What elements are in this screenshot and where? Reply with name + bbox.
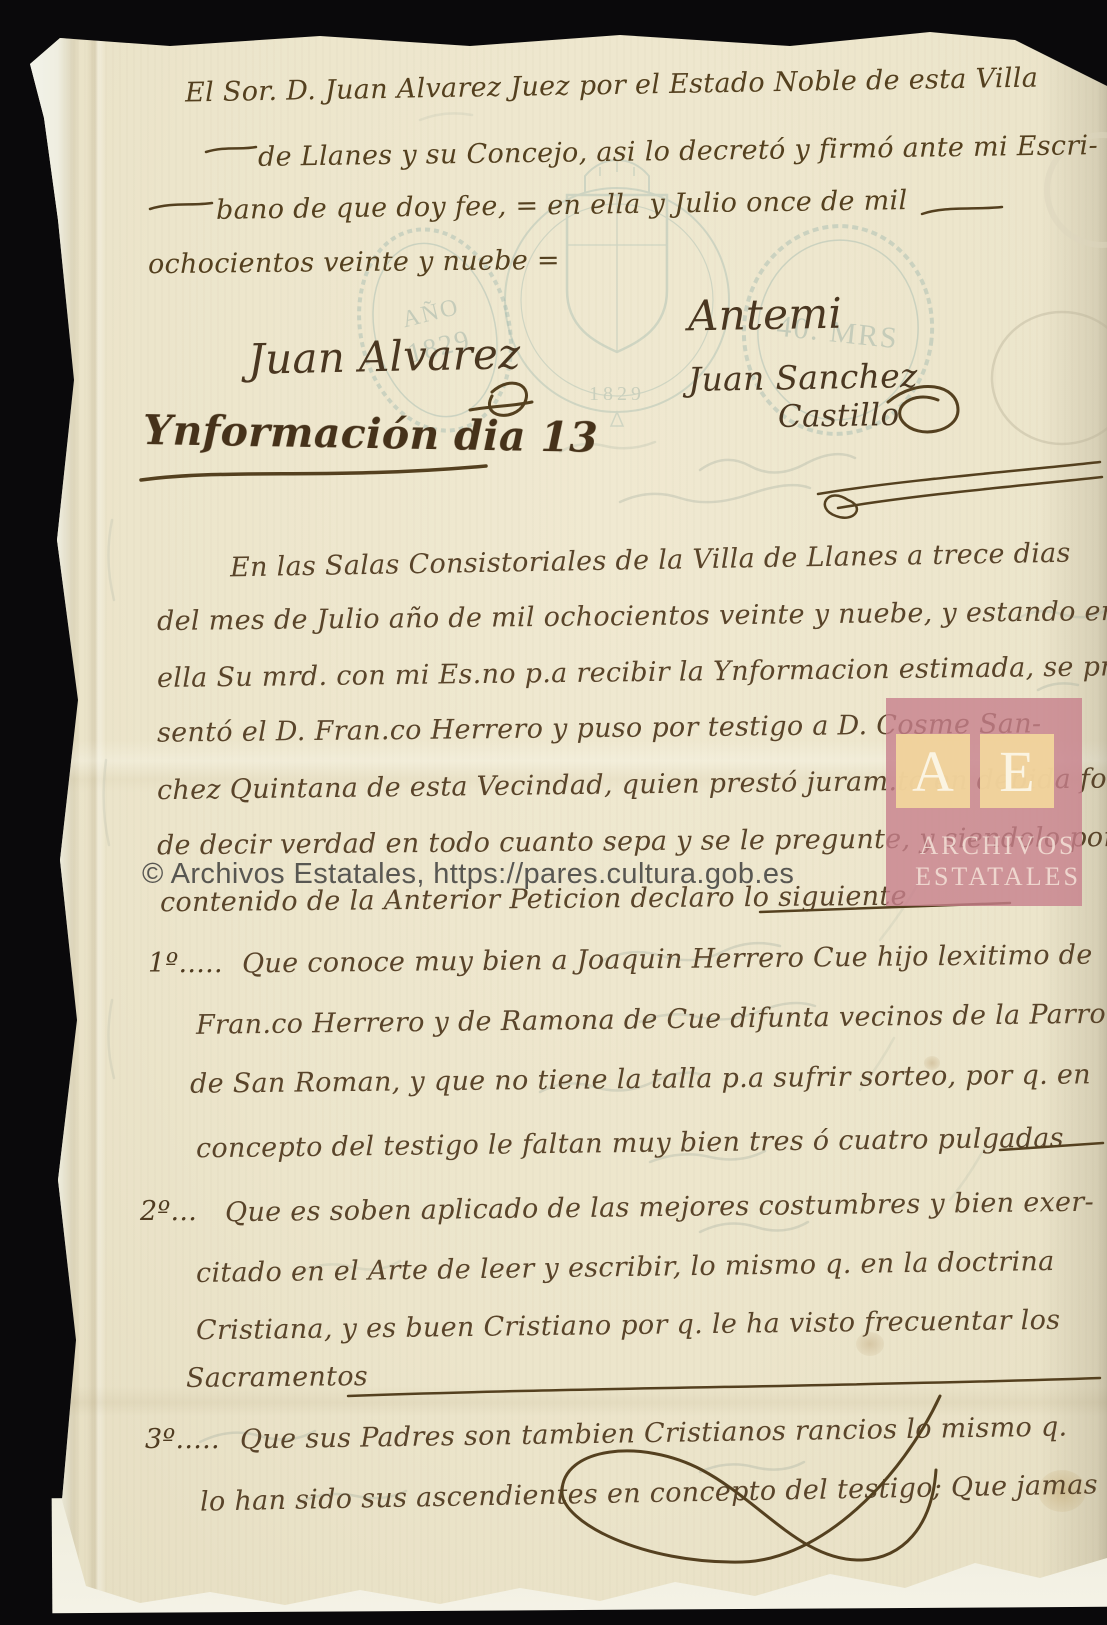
opening-line-1: El Sor. D. Juan Alvarez Juez por el Esta… <box>185 63 1039 109</box>
document-scan: AÑO 1829 1829 40. MRS <box>0 0 1107 1625</box>
crossout-loop <box>825 495 857 517</box>
signature-castillo: Castillo <box>778 397 900 435</box>
opening-line-4: ochocientos veinte y nuebe = <box>148 245 560 280</box>
vertical-crease <box>86 38 106 1596</box>
item-1-line-1: Que conoce muy bien a Joaquin Herrero Cu… <box>242 940 1093 980</box>
item-1-line-4: concepto del testigo le faltan muy bien … <box>196 1123 1064 1165</box>
item-2-marker: 2º... <box>140 1196 197 1227</box>
logo-letter-a-tile: A <box>896 734 970 808</box>
item-2-line-3: Cristiana, y es buen Cristiano por q. le… <box>196 1305 1061 1347</box>
item-2-line-1: Que es soben aplicado de las mejores cos… <box>225 1187 1094 1229</box>
lead-dash-line-3 <box>150 203 212 209</box>
alvarez-rubric <box>470 383 532 415</box>
item-1-marker: 1º..... <box>148 948 223 979</box>
rule-after-sacramentos <box>348 1378 1100 1396</box>
heading-underline <box>141 466 486 480</box>
logo-word-estatales: ESTATALES <box>886 862 1107 892</box>
item-3-line-1: Que sus Padres son tambien Cristianos ra… <box>240 1412 1068 1456</box>
left-stamp-text-1: AÑO <box>400 294 463 333</box>
copyright-watermark: © Archivos Estatales, https://pares.cult… <box>142 858 794 891</box>
item-3-line-2: lo han sido sus ascendientes en concepto… <box>200 1469 1098 1517</box>
logo-letter-e-tile: E <box>980 734 1054 808</box>
signature-juan-sanchez: Juan Sanchez <box>688 356 918 399</box>
trail-dash-line-3 <box>922 207 1002 214</box>
item-3-marker: 3º..... <box>145 1424 220 1455</box>
item-1-line-2: Fran.co Herrero y de Ramona de Cue difun… <box>196 998 1107 1041</box>
item-2-line-4: Sacramentos <box>186 1361 368 1394</box>
signature-ante-mi: Antemi <box>688 289 843 341</box>
item-1-line-3: de San Roman, y que no tiene la talla p.… <box>190 1059 1091 1099</box>
opening-line-2: de Llanes y su Concejo, asi lo decretó y… <box>258 130 1098 173</box>
opening-line-3: bano de que doy fee, = en ella y Julio o… <box>216 185 908 226</box>
logo-letter-a: A <box>912 738 954 805</box>
logo-letter-e: E <box>999 738 1034 805</box>
section-heading: Ynformación dia 13 <box>143 406 599 462</box>
item-2-line-2: citado en el Arte de leer y escribir, lo… <box>196 1246 1055 1289</box>
faint-circle-mark <box>992 312 1107 444</box>
lead-dash-line-2 <box>206 147 256 152</box>
body-line-2: del mes de Julio año de mil ochocientos … <box>157 596 1107 637</box>
center-stamp-year: 1829 <box>589 383 645 405</box>
body-line-1: En las Salas Consistoriales de la Villa … <box>230 538 1071 584</box>
deckle-edge <box>30 36 80 1596</box>
body-line-3: ella Su mrd. con mi Es.no p.a recibir la… <box>157 651 1107 694</box>
archives-logo-watermark: A E ARCHIVOS ESTATALES <box>886 698 1107 908</box>
logo-word-archivos: ARCHIVOS <box>886 831 1107 861</box>
crossout-lines <box>818 462 1102 508</box>
signature-juan-alvarez: Juan Alvarez <box>248 329 521 384</box>
